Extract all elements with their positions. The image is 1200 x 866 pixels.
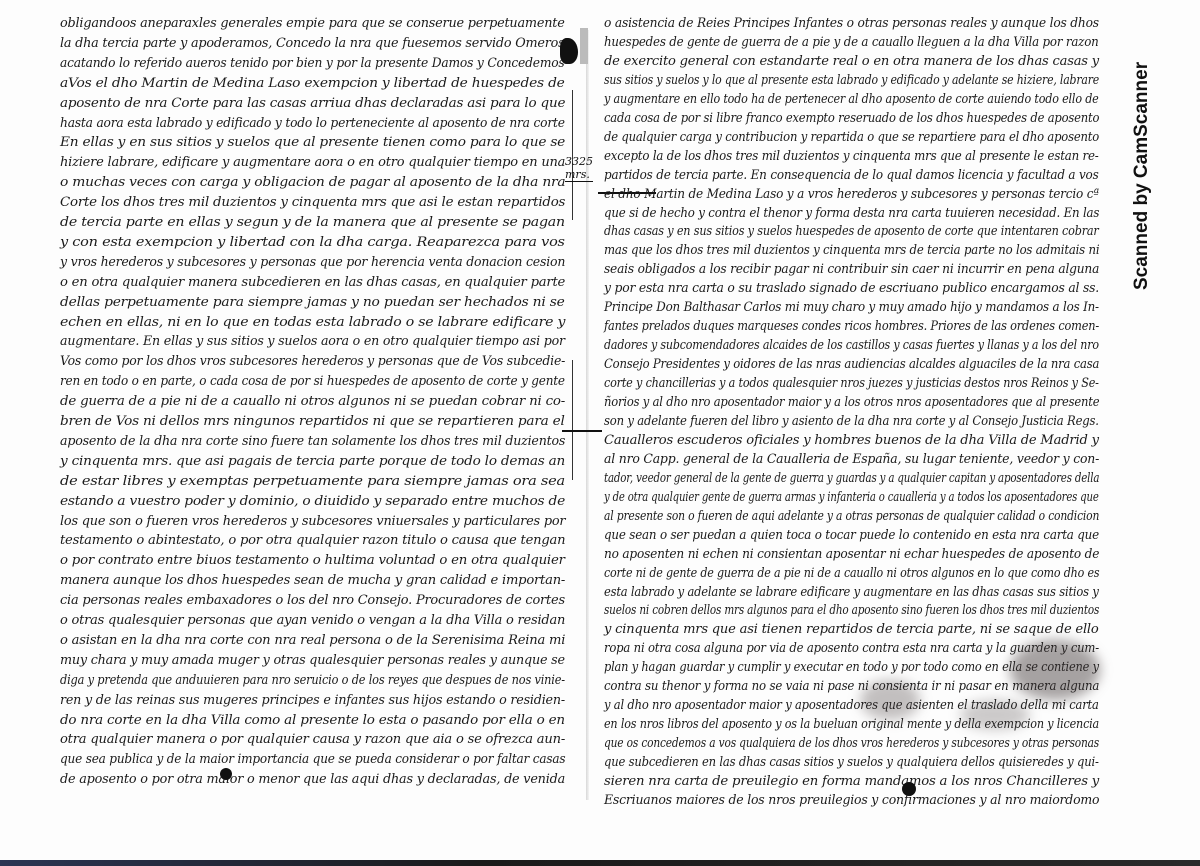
water-stain [860, 680, 920, 720]
ink-blot [902, 782, 916, 796]
ink-blot [560, 38, 578, 64]
manuscript-line: o en otra qualquier manera subcedieren e… [60, 271, 565, 293]
manuscript-line: y vros herederos y subcesores y personas… [60, 251, 565, 273]
manuscript-line: los que son o fueren vros herederos y su… [60, 510, 565, 532]
manuscript-line: o muchas veces con carga y obligacion de… [60, 171, 565, 193]
manuscript-line: Escriuanos maiores de los nros preuilegi… [604, 789, 1099, 811]
water-stain [1010, 640, 1100, 700]
binding-shadow [580, 28, 588, 64]
manuscript-line: testamento o abintestato, o por otra qua… [60, 529, 565, 551]
manuscript-line: o por contrato entre biuos testamento o … [60, 549, 565, 571]
manuscript-line: de guerra de a pie ni de a cauallo ni ot… [60, 390, 565, 412]
manuscript-line: do nra corte en la dha Villa como al pre… [60, 709, 565, 731]
manuscript-line: echen en ellas, ni en lo que en todas es… [60, 311, 565, 333]
manuscript-line: estando a vuestro poder y dominio, o diu… [60, 490, 565, 512]
manuscript-line: cia personas reales embaxadores o los de… [60, 589, 565, 611]
manuscript-line: manera aunque los dhos huespedes sean de… [60, 569, 565, 591]
manuscript-line: o asistan en la dha nra corte con nra re… [60, 629, 565, 651]
manuscript-line: ren y de las reinas sus mugeres principe… [60, 689, 565, 711]
manuscript-line: que sea publica y de la maior importanci… [60, 748, 565, 770]
manuscript-line: y con esta exempcion y libertad con la d… [60, 231, 565, 253]
margin-unit: mrs. [565, 168, 593, 182]
manuscript-line: y cinquenta mrs. que asi pagais de terci… [60, 450, 565, 472]
manuscript-line: aposento de la dha nra corte sino fuere … [60, 430, 565, 452]
scanned-document: obligandoos aneparaxles generales empie … [0, 0, 1200, 866]
manuscript-line: muy chara y muy amada muger y otras qual… [60, 649, 565, 671]
manuscript-line: la dha tercia parte y apoderamos, Conced… [60, 32, 564, 54]
manuscript-line: de tercia parte en ellas y segun y de la… [60, 211, 565, 233]
manuscript-line: dellas perpetuamente para siempre jamas … [60, 291, 565, 313]
manuscript-line: acatando lo referido aueros tenido por b… [60, 52, 565, 74]
manuscript-line: ren en todo o en parte, o cada cosa de p… [60, 370, 565, 392]
manuscript-line: aVos el dho Martin de Medina Laso exempc… [60, 72, 565, 94]
margin-note: 3325 mrs. [565, 155, 593, 182]
manuscript-line: o otras qualesquier personas que ayan ve… [60, 609, 565, 631]
manuscript-line: bren de Vos ni dellos mrs ningunos repar… [60, 410, 565, 432]
manuscript-line: otra qualquier manera o por qualquier ca… [60, 728, 565, 750]
page-fold [586, 30, 589, 800]
manuscript-line: augmentare. En ellas y sus sitios y suel… [60, 330, 565, 352]
manuscript-line: obligandoos aneparaxles generales empie … [60, 12, 565, 34]
manuscript-line: Vos como por los dhos vros subcesores he… [60, 350, 565, 372]
scan-edge [0, 860, 1200, 866]
scanner-watermark: Scanned by CamScanner [1131, 62, 1153, 290]
manuscript-line: de aposento o por otra maior o menor que… [60, 768, 565, 790]
manuscript-line: aposento de nra Corte para las casas arr… [60, 92, 565, 114]
manuscript-line: hasta aora esta labrado y edificado y to… [60, 112, 565, 134]
margin-amount: 3325 [565, 155, 593, 168]
margin-rule [572, 360, 573, 480]
manuscript-line: hiziere labrare, edificare y augmentare … [60, 151, 565, 173]
manuscript-line: En ellas y en sus sitios y suelos que al… [60, 131, 565, 153]
manuscript-line: Corte los dhos tres mil duzientos y cinq… [60, 191, 565, 213]
margin-dash [562, 430, 602, 432]
manuscript-line: diga y pretenda que anduuieren para nro … [60, 669, 565, 691]
water-stain [960, 700, 1030, 730]
manuscript-line: de estar libres y exemptas perpetuamente… [60, 470, 565, 492]
ink-blot [220, 768, 232, 780]
